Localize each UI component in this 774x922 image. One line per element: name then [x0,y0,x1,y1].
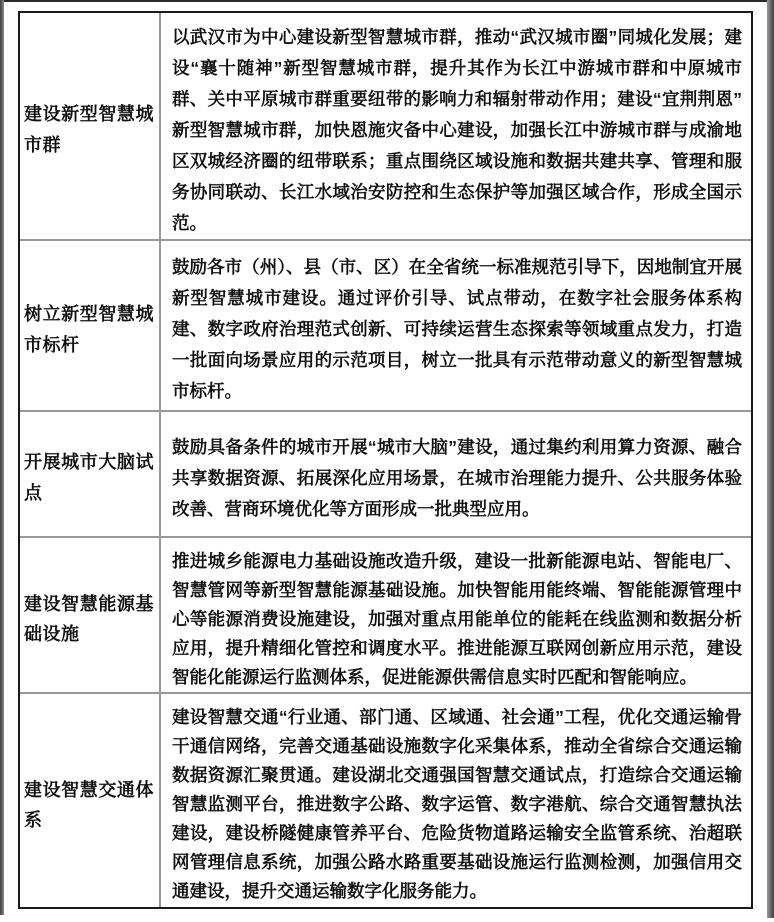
row-body-cell: 建设智慧交通“行业通、部门通、区域通、社会通”工程，优化交通运输骨干通信网络，完… [161,694,751,907]
scan-edge-right [767,0,774,918]
row-body-text: 建设智慧交通“行业通、部门通、区域通、社会通”工程，优化交通运输骨干通信网络，完… [172,703,742,906]
row-body-text: 推进城乡能源电力基础设施改造升级，建设一批新能源电站、智能电厂、智慧管网等新型智… [172,547,742,692]
row-body-text: 以武汉市为中心建设新型智慧城市群，推动“武汉城市圈”同城化发展；建设“襄十随神”… [172,22,742,239]
row-header-cell: 树立新型智慧城市标杆 [20,241,161,410]
row-body-cell: 鼓励具备条件的城市开展“城市大脑”建设，通过集约利用算力资源、融合共享数据资源、… [161,412,751,536]
row-header-cell: 开展城市大脑试点 [20,412,161,536]
row-body-text: 鼓励具备条件的城市开展“城市大脑”建设，通过集约利用算力资源、融合共享数据资源、… [172,432,742,525]
row-body-text: 鼓励各市（州）、县（市、区）在全省统一标准规范引导下，因地制宜开展新型智慧城市建… [172,252,742,407]
row-header-text: 树立新型智慧城市标杆 [24,299,154,361]
row-body-cell: 推进城乡能源电力基础设施改造升级，建设一批新能源电站、智能电厂、智慧管网等新型智… [161,538,751,692]
row-header-cell: 建设智慧交通体系 [20,694,161,907]
row-header-cell: 建设新型智慧城市群 [20,13,161,239]
table-row-smart-city-clusters: 建设新型智慧城市群 以武汉市为中心建设新型智慧城市群，推动“武汉城市圈”同城化发… [20,13,751,241]
row-header-text: 开展城市大脑试点 [24,447,154,509]
row-body-cell: 鼓励各市（州）、县（市、区）在全省统一标准规范引导下，因地制宜开展新型智慧城市建… [161,241,751,410]
table-row-city-brain-pilot: 开展城市大脑试点 鼓励具备条件的城市开展“城市大脑”建设，通过集约利用算力资源、… [20,412,751,538]
row-header-text: 建设新型智慧城市群 [24,99,154,161]
scan-edge-left [0,0,4,915]
scan-edge-top [0,0,774,2]
row-header-cell: 建设智慧能源基础设施 [20,538,161,692]
scanned-document-page: 建设新型智慧城市群 以武汉市为中心建设新型智慧城市群，推动“武汉城市圈”同城化发… [0,0,774,922]
row-body-cell: 以武汉市为中心建设新型智慧城市群，推动“武汉城市圈”同城化发展；建设“襄十随神”… [161,13,751,239]
table-row-smart-city-benchmarks: 树立新型智慧城市标杆 鼓励各市（州）、县（市、区）在全省统一标准规范引导下，因地… [20,241,751,412]
table-row-smart-energy-infrastructure: 建设智慧能源基础设施 推进城乡能源电力基础设施改造升级，建设一批新能源电站、智能… [20,538,751,694]
row-header-text: 建设智慧能源基础设施 [24,589,154,649]
table-row-smart-transport-system: 建设智慧交通体系 建设智慧交通“行业通、部门通、区域通、社会通”工程，优化交通运… [20,694,751,907]
smart-city-tasks-table: 建设新型智慧城市群 以武汉市为中心建设新型智慧城市群，推动“武汉城市圈”同城化发… [18,11,753,909]
row-header-text: 建设智慧交通体系 [24,775,154,835]
